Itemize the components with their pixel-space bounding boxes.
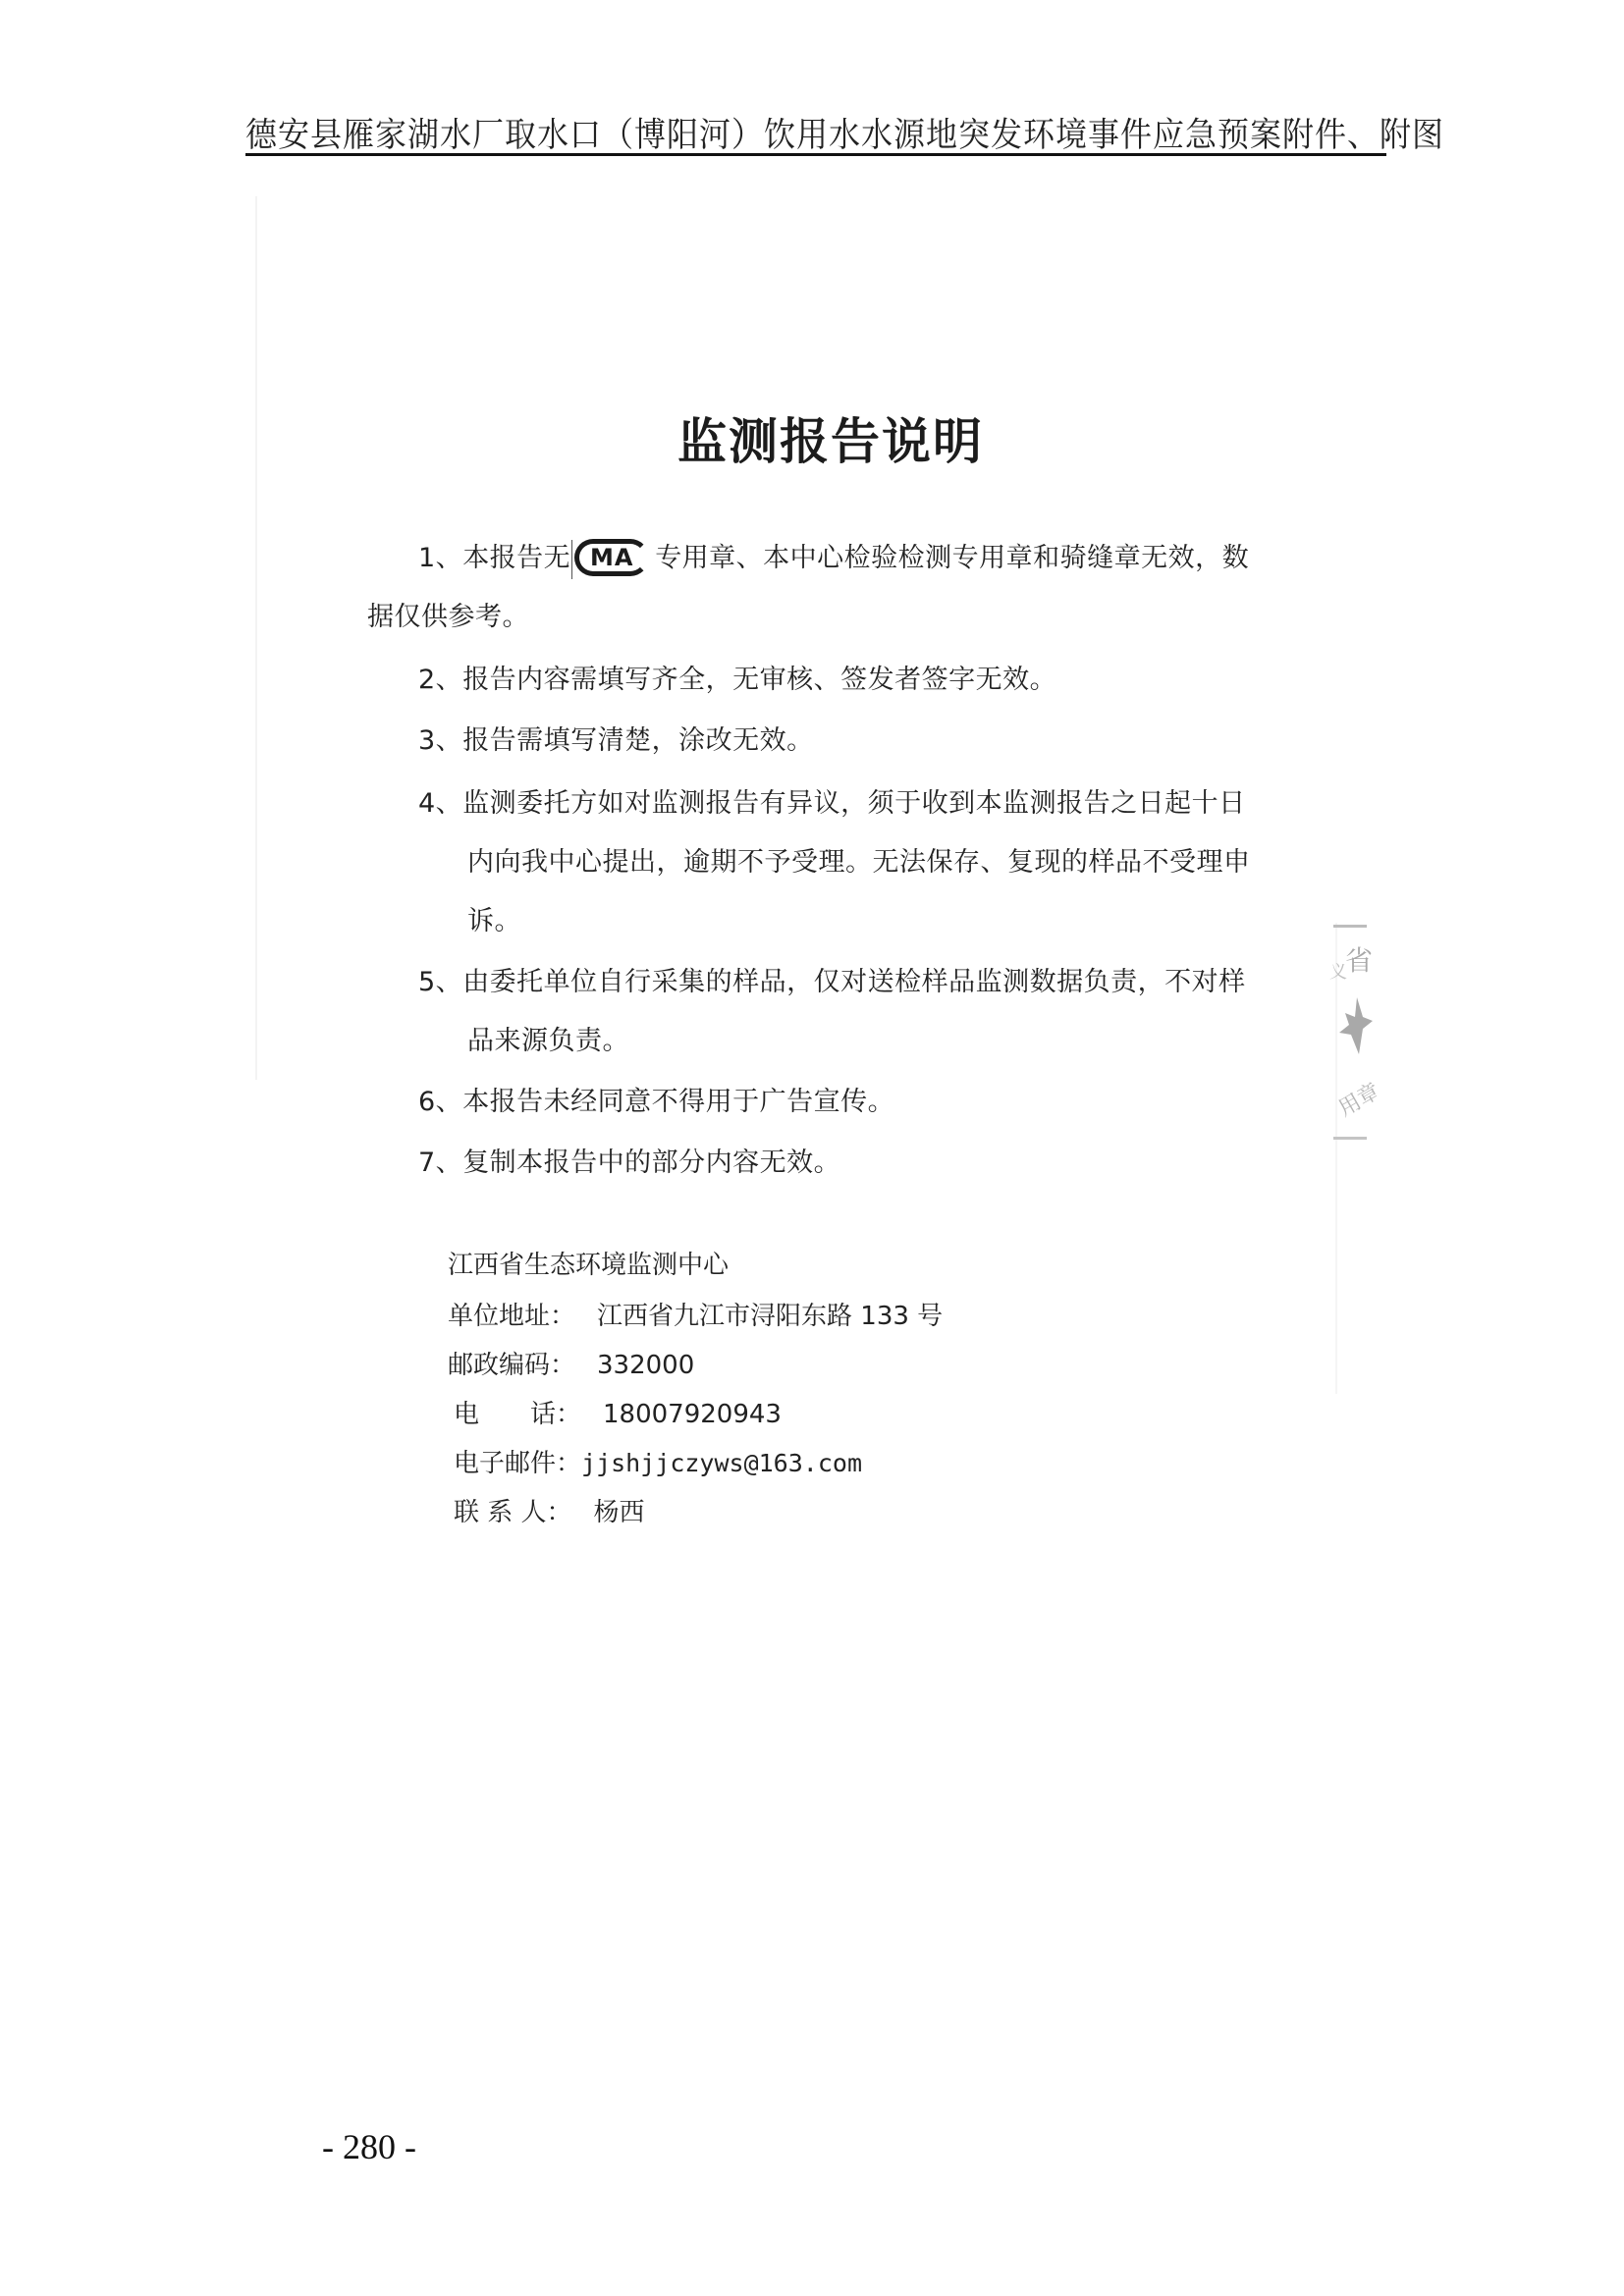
clause-text: 专用章、本中心检验检测专用章和骑缝章无效，数 <box>655 543 1249 573</box>
clause-6: 6、本报告未经同意不得用于广告宣传。 <box>418 1080 894 1118</box>
scan-edge-left <box>255 196 257 1080</box>
phone-row: 电 话：18007920943 <box>454 1394 782 1430</box>
address-value: 江西省九江市浔阳东路 133 号 <box>597 1296 943 1332</box>
clause-4-continuation-1: 内向我中心提出，逾期不予受理。无法保存、复现的样品不受理申 <box>467 840 1251 879</box>
cma-logo-icon: MA <box>574 539 649 576</box>
clause-number: 7、 <box>418 1148 462 1178</box>
clause-text: 本报告未经同意不得用于广告宣传。 <box>462 1087 894 1117</box>
seam-stamp-icon: 省 义 用章 <box>1327 919 1377 1147</box>
svg-text:省: 省 <box>1345 944 1373 977</box>
address-label: 单位地址： <box>448 1296 575 1332</box>
clause-text: 监测委托方如对监测报告有异议，须于收到本监测报告之日起十日 <box>462 788 1246 819</box>
phone-value: 18007920943 <box>603 1400 782 1429</box>
svg-text:义: 义 <box>1329 962 1347 983</box>
clause-number: 6、 <box>418 1087 462 1117</box>
clause-number: 4、 <box>418 788 462 819</box>
running-header: 德安县雁家湖水厂取水口（博阳河）饮用水水源地突发环境事件应急预案附件、附图 <box>245 108 1384 157</box>
address-row: 单位地址：江西省九江市浔阳东路 133 号 <box>448 1296 943 1332</box>
clause-3: 3、报告需填写清楚，涂改无效。 <box>418 719 814 757</box>
clause-text: 由委托单位自行采集的样品，仅对送检样品监测数据负责，不对样 <box>462 967 1246 997</box>
clause-2: 2、报告内容需填写齐全，无审核、签发者签字无效。 <box>418 658 1056 696</box>
postcode-label: 邮政编码： <box>448 1345 575 1381</box>
clause-number: 1、 <box>418 543 462 573</box>
clause-number: 3、 <box>418 725 462 756</box>
svg-text:用章: 用章 <box>1334 1079 1377 1122</box>
phone-label: 电 话： <box>454 1394 581 1430</box>
clause-text: 报告需填写清楚，涂改无效。 <box>462 725 814 756</box>
clause-1: 1、本报告无MA专用章、本中心检验检测专用章和骑缝章无效，数 <box>418 536 1249 579</box>
contact-person-value: 杨西 <box>594 1492 645 1528</box>
header-rule <box>245 153 1386 156</box>
seam-stamp: 省 义 用章 <box>1327 919 1377 1147</box>
email-value: jjshjjczyws@163.com <box>581 1449 862 1477</box>
clause-5: 5、由委托单位自行采集的样品，仅对送检样品监测数据负责，不对样 <box>418 960 1246 998</box>
email-label: 电子邮件： <box>454 1443 581 1479</box>
email-row: 电子邮件：jjshjjczyws@163.com <box>454 1443 862 1479</box>
clause-4: 4、监测委托方如对监测报告有异议，须于收到本监测报告之日起十日 <box>418 781 1246 820</box>
clause-1-continuation: 据仅供参考。 <box>367 595 529 633</box>
organization-name: 江西省生态环境监测中心 <box>448 1245 729 1281</box>
clause-text: 复制本报告中的部分内容无效。 <box>462 1148 840 1178</box>
clause-text: 报告内容需填写齐全，无审核、签发者签字无效。 <box>462 665 1056 695</box>
clause-5-continuation: 品来源负责。 <box>467 1019 629 1057</box>
postcode-row: 邮政编码：332000 <box>448 1345 694 1381</box>
clause-text: 本报告无 <box>462 543 570 573</box>
text-cursor <box>571 540 572 579</box>
postcode-value: 332000 <box>597 1351 694 1380</box>
contact-person-row: 联 系 人：杨西 <box>454 1492 645 1528</box>
clause-number: 5、 <box>418 967 462 997</box>
clause-4-continuation-2: 诉。 <box>467 899 521 937</box>
document-title: 监测报告说明 <box>677 402 984 473</box>
clause-number: 2、 <box>418 665 462 695</box>
page-number: - 280 - <box>322 2126 416 2167</box>
contact-person-label: 联 系 人： <box>454 1492 572 1528</box>
clause-7: 7、复制本报告中的部分内容无效。 <box>418 1141 840 1179</box>
